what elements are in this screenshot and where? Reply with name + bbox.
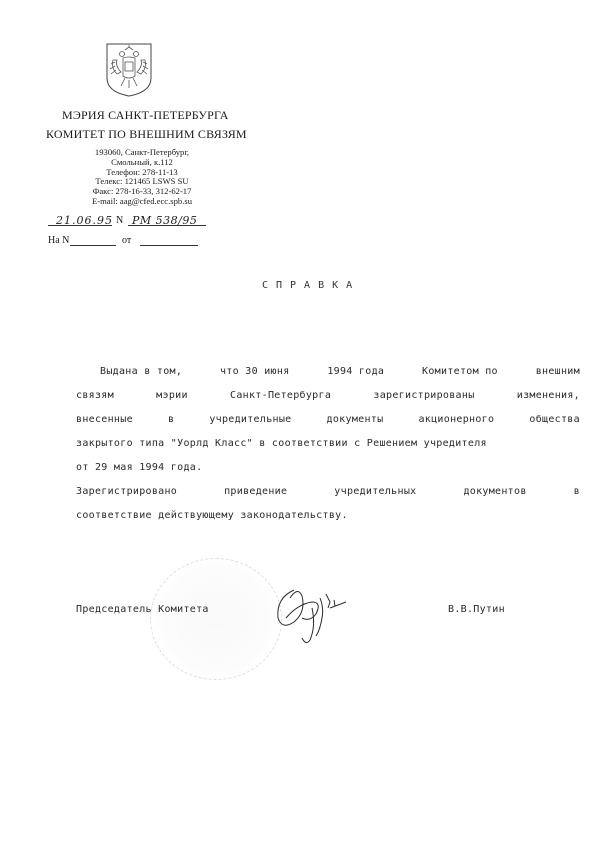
body-word: мэрии [156, 390, 188, 401]
address-line: E-mail: aag@cfed.ecc.spb.su [82, 197, 202, 207]
body-word: 1994 года [327, 366, 384, 377]
signer-position: Председатель Комитета [76, 604, 209, 615]
body-line: от 29 мая 1994 года. [76, 462, 580, 473]
handwritten-signature-icon [272, 578, 352, 648]
document-title: СПРАВКА [262, 280, 360, 291]
coat-of-arms-emblem-icon [105, 42, 153, 98]
body-word: учредительные [209, 414, 291, 425]
body-word: Выдана в том, [100, 366, 182, 377]
body-word: приведение [224, 486, 287, 497]
body-word: зарегистрированы [373, 390, 474, 401]
reference-date-label: от [122, 235, 131, 246]
reference-number-blank [70, 245, 116, 246]
reference-number-label: На N [48, 235, 69, 246]
body-word: соответствие действующему законодательст… [76, 510, 348, 521]
body-word: Зарегистрировано [76, 486, 177, 497]
outgoing-number-handwritten: РМ 538/95 [128, 214, 206, 226]
body-line: Выдана в том, что 30 июня 1994 года Коми… [76, 366, 580, 377]
outgoing-date-number-line: 21.06.95 N РМ 538/95 [48, 214, 208, 228]
reference-line: На N от [48, 235, 208, 249]
body-word: от 29 мая 1994 года. [76, 462, 202, 473]
outgoing-date-handwritten: 21.06.95 [48, 214, 112, 226]
body-line: связям мэрии Санкт-Петербурга зарегистри… [76, 390, 580, 401]
address-block: 193060, Санкт-Петербург, Смольный, к.112… [82, 148, 202, 207]
body-word: Санкт-Петербурга [230, 390, 331, 401]
body-word: учредительных [334, 486, 416, 497]
body-word: общества [529, 414, 580, 425]
body-word: связям [76, 390, 114, 401]
organization-name-line2: КОМИТЕТ ПО ВНЕШНИМ СВЯЗЯМ [46, 127, 247, 142]
round-seal-stamp-icon [150, 558, 282, 680]
number-label: N [116, 215, 123, 226]
body-word: в [168, 414, 174, 425]
body-word: закрытого типа "Уорлд Класс" в соответст… [76, 438, 487, 449]
organization-name-line1: МЭРИЯ САНКТ-ПЕТЕРБУРГА [62, 108, 229, 123]
body-word: внешним [536, 366, 580, 377]
body-line: Зарегистрировано приведение учредительны… [76, 486, 580, 497]
body-word: что 30 июня [220, 366, 290, 377]
signer-name: В.В.Путин [448, 604, 505, 615]
body-word: изменения, [517, 390, 580, 401]
body-word: документов [463, 486, 526, 497]
body-line: внесенные в учредительные документы акци… [76, 414, 580, 425]
body-word: Комитетом по [422, 366, 498, 377]
body-word: в [574, 486, 580, 497]
body-line: соответствие действующему законодательст… [76, 510, 580, 521]
body-word: акционерного [418, 414, 494, 425]
reference-date-blank [140, 245, 198, 246]
body-line: закрытого типа "Уорлд Класс" в соответст… [76, 438, 580, 449]
body-word: внесенные [76, 414, 133, 425]
body-word: документы [327, 414, 384, 425]
